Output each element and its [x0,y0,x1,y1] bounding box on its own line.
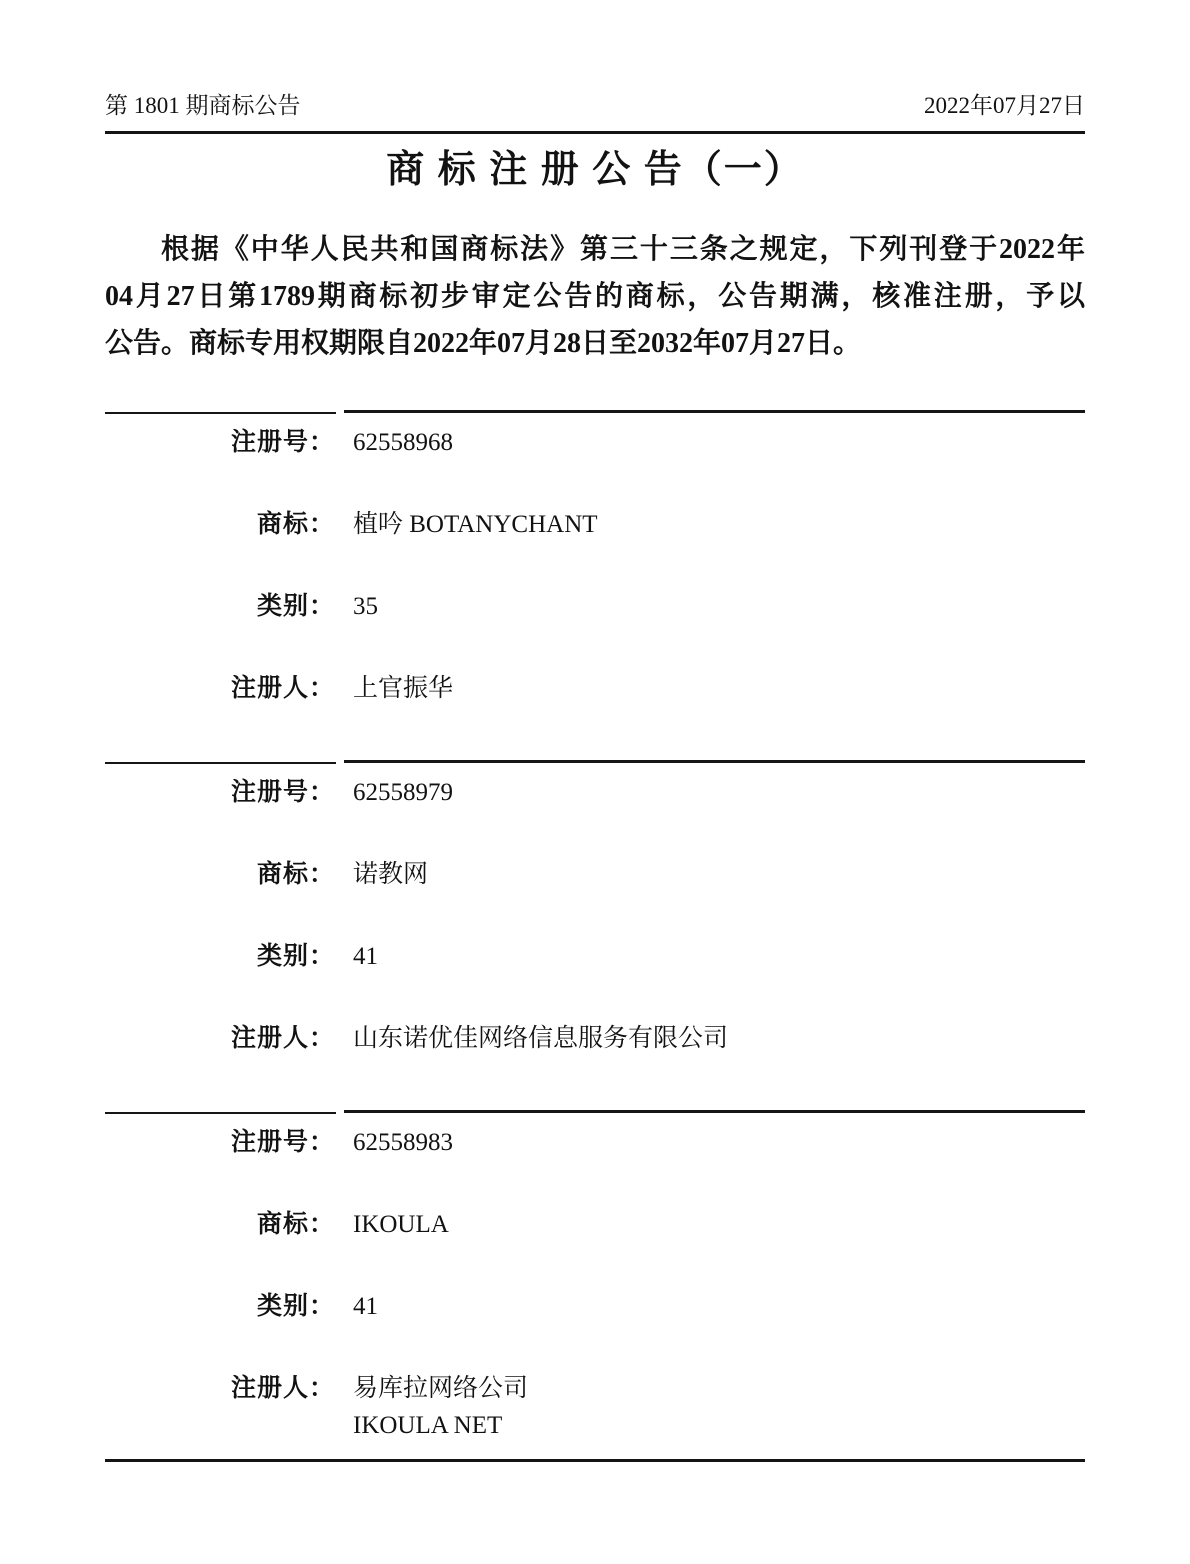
reg-no-row: 注册号： 62558968 [105,430,1085,456]
registrant-row: 注册人： 易库拉网络公司 IKOULA NET [105,1376,1085,1439]
category-label: 类别： [105,944,335,970]
trademark-label: 商标： [105,862,335,888]
trademark-row: 商标： 诺教网 [105,862,1085,888]
registrant-row: 注册人： 上官振华 [105,676,1085,702]
registrant-row: 注册人： 山东诺优佳网络信息服务有限公司 [105,1026,1085,1052]
category-label: 类别： [105,594,335,620]
trademark-label: 商标： [105,512,335,538]
bottom-divider [105,1459,1085,1462]
issue-label: 第 1801 期商标公告 [105,92,301,120]
gazette-page: 第 1801 期商标公告 2022年07月27日 商 标 注 册 公 告（一） … [0,0,1190,1564]
reg-no-value: 62558968 [353,430,453,456]
entry-divider [105,1110,1085,1114]
trademark-label: 商标： [105,1212,335,1238]
trademark-entry-2: 注册号： 62558979 商标： 诺教网 类别： 41 注册人： 山东诺优佳网… [105,764,1085,1110]
intro-line-3: 公告。商标专用权期限自2022年07月28日至2032年07月27日。 [105,320,1085,367]
registrant-value: 山东诺优佳网络信息服务有限公司 [353,1026,728,1052]
page-header: 第 1801 期商标公告 2022年07月27日 [105,92,1085,120]
reg-no-label: 注册号： [105,780,335,806]
intro-line-2: 04月27日第1789期商标初步审定公告的商标，公告期满，核准注册，予以 [105,273,1085,320]
trademark-value: 诺教网 [353,862,428,888]
category-value: 35 [353,594,378,620]
registrant-label: 注册人： [105,1376,335,1402]
publication-date: 2022年07月27日 [924,92,1085,120]
entry-divider [105,760,1085,764]
page-title: 商 标 注 册 公 告（一） [105,147,1085,193]
registrant-name: 易库拉网络公司 [353,1376,528,1402]
reg-no-value: 62558983 [353,1130,453,1156]
category-value: 41 [353,944,378,970]
entry-divider [105,410,1085,414]
category-row: 类别： 41 [105,944,1085,970]
trademark-entry-1: 注册号： 62558968 商标： 植吟 BOTANYCHANT 类别： 35 … [105,414,1085,760]
reg-no-label: 注册号： [105,430,335,456]
registrant-label: 注册人： [105,676,335,702]
trademark-row: 商标： IKOULA [105,1212,1085,1238]
registrant-value: 易库拉网络公司 IKOULA NET [353,1376,528,1439]
category-value: 41 [353,1294,378,1320]
entries-list: 注册号： 62558968 商标： 植吟 BOTANYCHANT 类别： 35 … [105,410,1085,1462]
registrant-label: 注册人： [105,1026,335,1052]
trademark-value: IKOULA [353,1212,449,1238]
trademark-row: 商标： 植吟 BOTANYCHANT [105,512,1085,538]
intro-paragraph: 根据《中华人民共和国商标法》第三十三条之规定，下列刊登于2022年 04月27日… [105,226,1085,367]
category-row: 类别： 41 [105,1294,1085,1320]
reg-no-label: 注册号： [105,1130,335,1156]
reg-no-value: 62558979 [353,780,453,806]
reg-no-row: 注册号： 62558983 [105,1130,1085,1156]
registrant-value: 上官振华 [353,676,453,702]
trademark-value: 植吟 BOTANYCHANT [353,512,598,538]
category-row: 类别： 35 [105,594,1085,620]
header-divider [105,131,1085,134]
registrant-name: 上官振华 [353,676,453,702]
category-label: 类别： [105,1294,335,1320]
reg-no-row: 注册号： 62558979 [105,780,1085,806]
intro-line-1: 根据《中华人民共和国商标法》第三十三条之规定，下列刊登于2022年 [105,226,1085,273]
registrant-name: 山东诺优佳网络信息服务有限公司 [353,1026,728,1052]
registrant-name-line2: IKOULA NET [353,1413,528,1439]
trademark-entry-3: 注册号： 62558983 商标： IKOULA 类别： 41 注册人： 易库拉… [105,1114,1085,1459]
